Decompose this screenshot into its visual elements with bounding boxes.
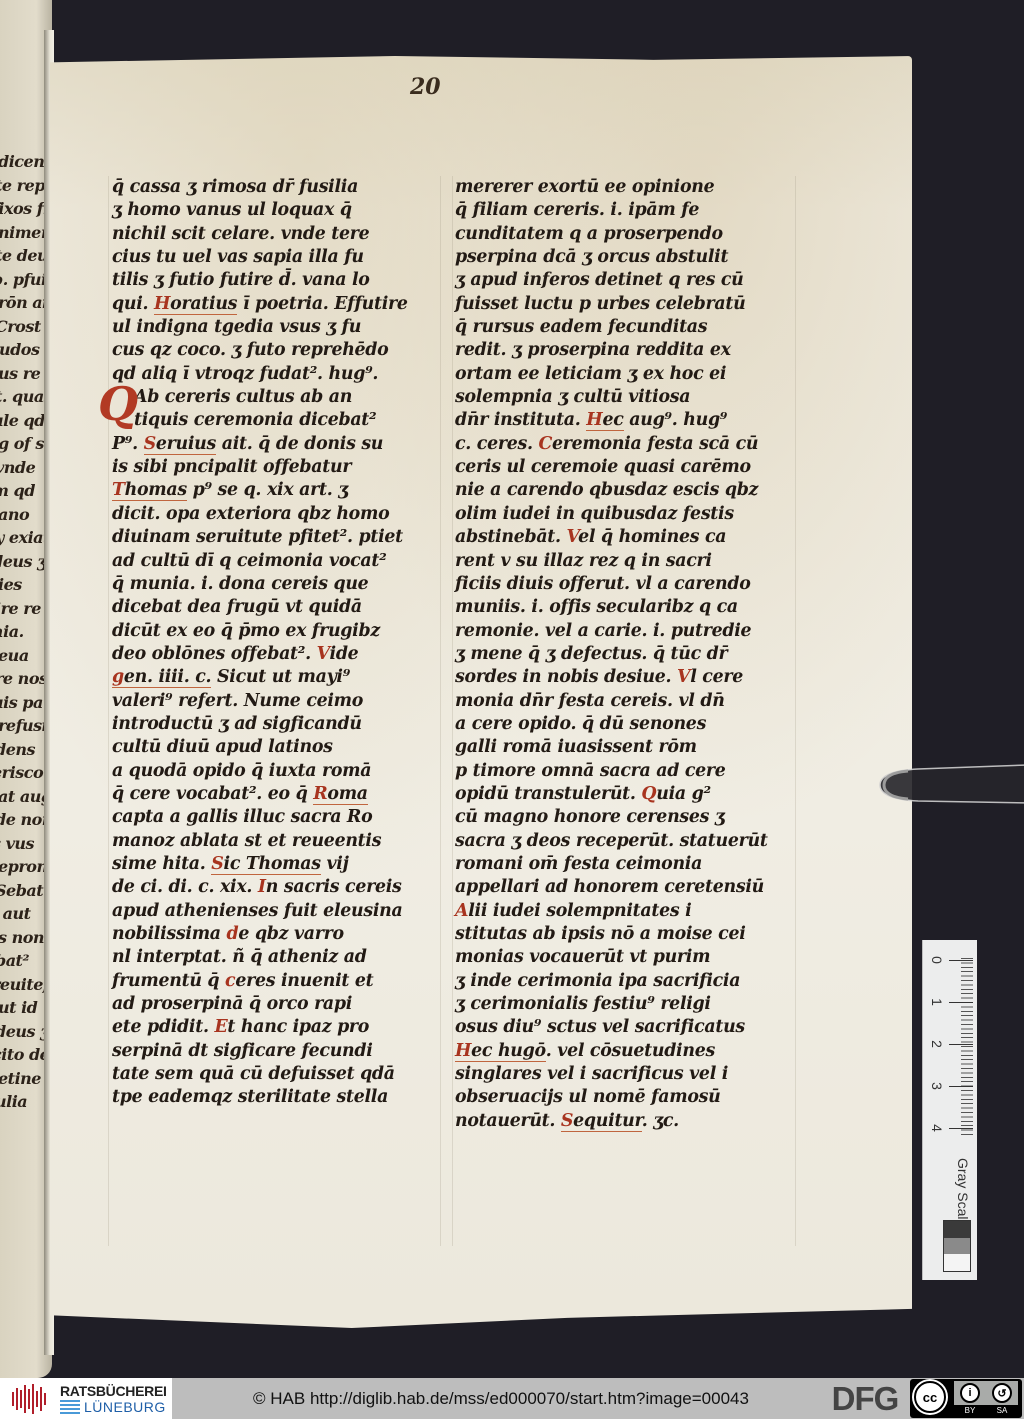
manuscript-line: remonie. vel a carie. i. putredie (455, 620, 795, 643)
manuscript-line: sime hita. Sic Thomas vij (112, 853, 432, 876)
manuscript-line: Alii iudei solempnitates i (455, 900, 795, 923)
by-label: BY (965, 1406, 976, 1415)
manuscript-line: manoz ablata st et reueentis (112, 830, 432, 853)
measurement-ruler: 0 1 2 3 4 Gray Scale (922, 940, 977, 1280)
manuscript-line: ʒ mene q̄ ʒ defectus. q̄ tūc dr̄ (455, 643, 795, 666)
manuscript-line: q̄ cassa ʒ rimosa dr̄ fusilia (112, 176, 432, 199)
manuscript-line: nie a carendo qbusdaz escis qbz (455, 479, 795, 502)
rubricated-word: Sequitur (561, 1111, 642, 1132)
share-alike-icon: ↺ (992, 1383, 1012, 1403)
manuscript-line: romani om̄ festa ceimonia (455, 853, 795, 876)
ruler-tick-label: 0 (929, 956, 945, 964)
rubricated-word: Ceremonia (538, 434, 641, 454)
rubricated-word: Hec hugō (455, 1041, 546, 1062)
manuscript-line: a cere opido. q̄ dū senones (455, 713, 795, 736)
manuscript-line: ʒ apud inferos detinet q res cū (455, 269, 795, 292)
manuscript-line: dicūt ex eo q̄ p̄mo ex frugibz (112, 620, 432, 643)
manuscript-line: fuisset luctu p urbes celebratū (455, 293, 795, 316)
manuscript-line: cius tu uel vas sapia illa fu (112, 246, 432, 269)
gray-scale-swatches (943, 1220, 971, 1272)
manuscript-line: q̄ filiam cereris. i. ipām fe (455, 199, 795, 222)
manuscript-line: dicit. opa exteriora qbz homo (112, 503, 432, 526)
manuscript-line: q̄ rursus eadem fecunditas (455, 316, 795, 339)
manuscript-line: nobilissima de qbz varro (112, 923, 432, 946)
library-emblem-icon (0, 1378, 58, 1419)
manuscript-line: redit. ʒ proserpina reddita ex (455, 339, 795, 362)
manuscript-line: capta a gallis illuc sacra Ro (112, 806, 432, 829)
copyright-link[interactable]: © HAB http://diglib.hab.de/mss/ed000070/… (182, 1389, 820, 1409)
folio-number: 20 (410, 74, 441, 100)
manuscript-line: QAb cereris cultus ab an (112, 386, 432, 409)
dfg-logo[interactable]: DFG (820, 1380, 910, 1418)
manuscript-line: ʒ inde cerimonia ipa sacrificia (455, 970, 795, 993)
gray-swatch-mid (944, 1238, 970, 1255)
footer-bar: RATSBÜCHEREI LÜNEBURG © HAB http://digli… (0, 1378, 1024, 1419)
cc-license-badge[interactable]: cc i ↺ BY SA (910, 1379, 1022, 1418)
ruling-line (440, 176, 441, 1246)
library-name: RATSBÜCHEREI (60, 1383, 172, 1399)
rubricated-word: Vl (677, 667, 697, 687)
rubricated-word: Seruius (144, 434, 216, 455)
manuscript-line: q̄ munia. i. dona cereis que (112, 573, 432, 596)
manuscript-line: rent v su illaz rez q in sacri (455, 550, 795, 573)
manuscript-line: pserpina dcā ʒ orcus abstulit (455, 246, 795, 269)
manuscript-line: tate sem quā cū defuisset qdā (112, 1063, 432, 1086)
rubricated-word: gen. iiii. c. (112, 667, 211, 688)
rubricated-word: Hec (586, 410, 623, 431)
manuscript-line: a quodā opido q̄ iuxta romā (112, 760, 432, 783)
manuscript-line: ficiis diuis offerut. vl a carendo (455, 573, 795, 596)
text-column-right: mererer exortū ee opinioneq̄ filiam cere… (455, 176, 795, 1133)
rubricated-word: Thomas (112, 480, 187, 501)
ruling-line (452, 176, 453, 1246)
manuscript-line: p timore omnā sacra ad cere (455, 760, 795, 783)
manuscript-line: ʒ cerimonialis festiu⁹ religi (455, 993, 795, 1016)
ruler-tick-label: 1 (929, 998, 945, 1006)
manuscript-line: sordes in nobis desiue. Vl cere (455, 666, 795, 689)
manuscript-line: singlares vel i sacrificus vel i (455, 1063, 795, 1086)
manuscript-line: qd aliq ī vtroqz fudat². hug⁹. (112, 363, 432, 386)
ruling-line (108, 176, 109, 1246)
sa-label: SA (997, 1406, 1008, 1415)
manuscript-line: obseruacijs ul nomē famosū (455, 1086, 795, 1109)
manuscript-line: qui. Horatius ī poetria. Effutire (112, 293, 432, 316)
gray-swatch-dark (944, 1221, 970, 1238)
manuscript-line: sacra ʒ deos receperūt. statuerūt (455, 830, 795, 853)
manuscript-line: notauerūt. Sequitur. ʒc. (455, 1110, 795, 1133)
manuscript-line: mererer exortū ee opinione (455, 176, 795, 199)
manuscript-line: valeri⁹ refert. Nume ceimo (112, 690, 432, 713)
rubricated-word: Et (214, 1017, 235, 1037)
manuscript-line: deo oblōnes offebat². Vide (112, 643, 432, 666)
manuscript-line: frumentū q̄ ceres inuenit et (112, 970, 432, 993)
rubricated-word: ceres (225, 971, 275, 991)
rubricated-word: Vide (317, 644, 359, 664)
manuscript-line: opidū transtulerūt. Quia g² (455, 783, 795, 806)
rubricated-word: Sic Thomas (211, 854, 320, 875)
manuscript-line: stitutas ab ipsis nō a moise cei (455, 923, 795, 946)
cc-icon: cc (914, 1381, 946, 1413)
manuscript-line: cunditatem q a proserpendo (455, 223, 795, 246)
manuscript-line: introductū ʒ ad sigficandū (112, 713, 432, 736)
manuscript-line: osus diu⁹ sctus vel sacrificatus (455, 1016, 795, 1039)
text-column-left: q̄ cassa ʒ rimosa dr̄ fusiliaʒ homo vanu… (112, 176, 432, 1110)
manuscript-line: de ci. di. c. xix. In sacris cereis (112, 876, 432, 899)
manuscript-line: galli romā iuasissent rōm (455, 736, 795, 759)
rubricated-word: Vel (567, 527, 596, 547)
ruling-line (795, 176, 796, 1246)
manuscript-line: monias vocauerūt vt purim (455, 946, 795, 969)
manuscript-line: appellari ad honorem ceretensiū (455, 876, 795, 899)
ruler-ticks (961, 958, 973, 1138)
manuscript-line: q̄ cere vocabat². eo q̄ Roma (112, 783, 432, 806)
manuscript-line: ul indigna tgedia vsus ʒ fu (112, 316, 432, 339)
manuscript-line: abstinebāt. Vel q̄ homines ca (455, 526, 795, 549)
manuscript-line: tilis ʒ futio futire d̄. vana lo (112, 269, 432, 292)
page-clip-holder (878, 763, 1024, 807)
manuscript-line: cū magno honore cerenses ʒ (455, 806, 795, 829)
manuscript-line: dicebat dea frugū vt quidā (112, 596, 432, 619)
manuscript-line: c. ceres. Ceremonia festa scā cū (455, 433, 795, 456)
manuscript-line: Thomas p⁹ se q. xix art. ʒ (112, 479, 432, 502)
manuscript-line: cus qz coco. ʒ futo reprehēdo (112, 339, 432, 362)
ruler-tick-label: 4 (929, 1124, 945, 1132)
ruler-tick-label: 2 (929, 1040, 945, 1048)
manuscript-line: tpe eademqz sterilitate stella (112, 1086, 432, 1109)
manuscript-line: diuinam seruitute pfitet². ptiet (112, 526, 432, 549)
rubricated-word: Roma (313, 784, 368, 805)
manuscript-line: tiquis ceremonia dicebat² (112, 409, 432, 432)
manuscript-line: serpinā dt sigficare fecundi (112, 1040, 432, 1063)
manuscript-line: ad cultū dī q ceimonia vocat² (112, 550, 432, 573)
attribution-icon: i (960, 1383, 980, 1403)
scan-viewport: dicens.te repulsifixos filinimentste deu… (0, 0, 1024, 1378)
ruler-tick-label: 3 (929, 1082, 945, 1090)
library-logo[interactable]: RATSBÜCHEREI LÜNEBURG (58, 1378, 172, 1419)
book-icon (60, 1400, 80, 1414)
manuscript-line: ad proserpinā q̄ orco rapi (112, 993, 432, 1016)
gray-scale-label: Gray Scale (955, 1158, 971, 1227)
manuscript-line: solempnia ʒ cultū vitiosa (455, 386, 795, 409)
manuscript-line: dn̄r instituta. Hec aug⁹. hug⁹ (455, 409, 795, 432)
manuscript-line: apud athenienses fuit eleusina (112, 900, 432, 923)
manuscript-line: gen. iiii. c. Sicut ut mayi⁹ (112, 666, 432, 689)
rubricated-word: de (227, 924, 250, 944)
rubricated-word: In (258, 877, 278, 897)
manuscript-line: ʒ homo vanus ul loquax q̄ (112, 199, 432, 222)
manuscript-line: Hec hugō. vel cōsuetudines (455, 1040, 795, 1063)
manuscript-line: nichil scit celare. vnde tere (112, 223, 432, 246)
manuscript-line: nl interptat. ñ q̄ atheniz ad (112, 946, 432, 969)
manuscript-line: ete pdidit. Et hanc ipaz pro (112, 1016, 432, 1039)
library-city: LÜNEBURG (84, 1399, 166, 1415)
decorated-initial: Q (98, 382, 138, 426)
manuscript-line: olim iudei in quibusdaz festis (455, 503, 795, 526)
rubricated-word: Quia (641, 784, 685, 804)
manuscript-line: cultū diuū apud latinos (112, 736, 432, 759)
gray-swatch-light (944, 1254, 970, 1271)
manuscript-line: ceris ul ceremoie quasi carēmo (455, 456, 795, 479)
manuscript-line: is sibi pncipalit offebatur (112, 456, 432, 479)
manuscript-line: ortam ee leticiam ʒ ex hoc ei (455, 363, 795, 386)
manuscript-line: P⁹. Seruius ait. q̄ de donis su (112, 433, 432, 456)
rubricated-word: Horatius (154, 294, 237, 315)
manuscript-line: monia dn̄r festa cereis. vl dn̄ (455, 690, 795, 713)
rubricated-word: Alii (455, 901, 487, 921)
manuscript-line: muniis. i. offis secularibz q ca (455, 596, 795, 619)
